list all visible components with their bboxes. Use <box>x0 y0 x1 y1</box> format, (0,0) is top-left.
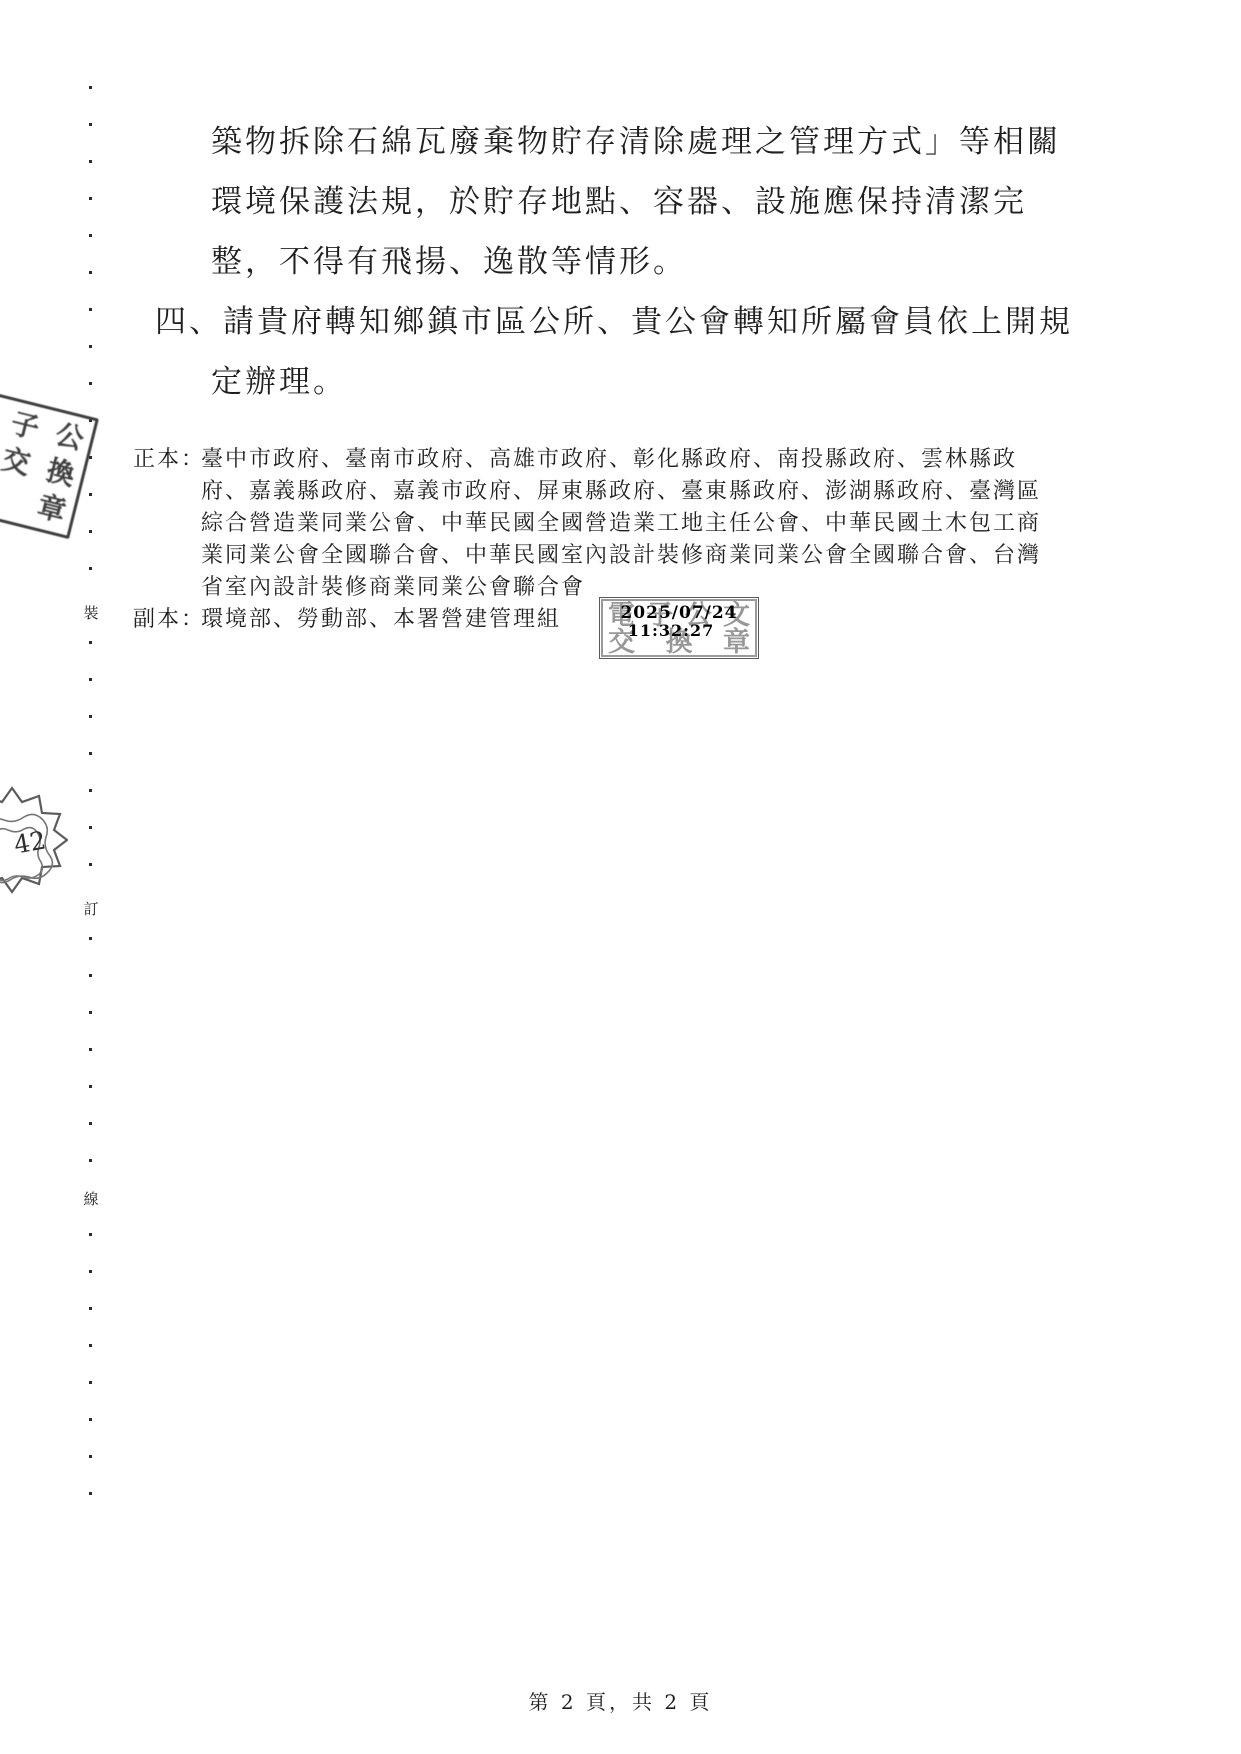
primary-recipient-row: 正本： 臺中市政府、臺南市政府、高雄市政府、彰化縣政府、南投縣政府、雲林縣政 府… <box>133 444 1113 604</box>
seal-char: 子 <box>6 407 43 445</box>
seal-char <box>0 478 26 516</box>
exchange-seal-partial: 電 子 公 文 交 換 章 <box>0 385 99 539</box>
binding-dotted-line <box>89 86 92 1516</box>
primary-recipient-line: 綜合營造業同業公會、中華民國全國營造業工地主任公會、中華民國土木包工商 <box>201 508 1041 540</box>
page-number-seal-value: 42 <box>12 825 48 859</box>
exchange-stamp-date: 2025/07/24 <box>600 603 758 623</box>
body-item-4: 四、請貴府轉知鄉鎮市區公所、貴公會轉知所屬會員依上開規 <box>155 292 1115 352</box>
electronic-exchange-stamp: 電 子 公 文 交 換 章 2025/07/24 11:32:27 <box>599 597 759 659</box>
primary-recipient-list: 臺中市政府、臺南市政府、高雄市政府、彰化縣政府、南投縣政府、雲林縣政 府、嘉義縣… <box>201 444 1041 604</box>
cc-recipient-list: 環境部、勞動部、本署營建管理組 <box>201 604 561 636</box>
seal-char: 換 <box>42 454 79 492</box>
primary-recipient-line: 府、嘉義縣政府、嘉義市政府、屏東縣政府、臺東縣政府、澎湖縣政府、臺灣區 <box>201 476 1041 508</box>
binding-char-ding: 訂 <box>80 894 102 923</box>
cc-recipient-line: 環境部、勞動部、本署營建管理組 <box>201 604 561 636</box>
body-line-1: 築物拆除石綿瓦廢棄物貯存清除處理之管理方式」等相關 <box>155 112 1115 172</box>
page-number-seal: 42 <box>0 786 68 894</box>
page-footer: 第 2 頁，共 2 頁 <box>0 1686 1241 1715</box>
exchange-stamp-time: 11:32:27 <box>592 621 750 640</box>
primary-recipient-line: 業同業公會全國聯合會、中華民國室內設計裝修商業同業公會全國聯合會、台灣 <box>201 540 1041 572</box>
primary-recipient-label: 正本： <box>133 444 201 476</box>
body-line-5: 定辦理。 <box>155 352 1115 412</box>
body-line-2: 環境保護法規，於貯存地點、容器、設施應保持清潔完 <box>155 172 1115 232</box>
document-page: 裝 訂 線 電 子 公 文 交 換 章 42 <box>0 0 1241 1754</box>
body-line-3: 整，不得有飛揚、逸散等情形。 <box>155 232 1115 292</box>
seal-char: 交 <box>0 443 34 481</box>
cc-recipient-label: 副本： <box>133 604 201 636</box>
binding-char-zhuang: 裝 <box>80 598 102 627</box>
primary-recipient-line: 臺中市政府、臺南市政府、高雄市政府、彰化縣政府、南投縣政府、雲林縣政 <box>201 444 1041 476</box>
seal-char: 章 <box>33 490 70 528</box>
letter-body: 築物拆除石綿瓦廢棄物貯存清除處理之管理方式」等相關 環境保護法規，於貯存地點、容… <box>155 112 1115 412</box>
binding-char-xian: 線 <box>80 1184 102 1213</box>
seal-char: 公 <box>51 418 88 456</box>
